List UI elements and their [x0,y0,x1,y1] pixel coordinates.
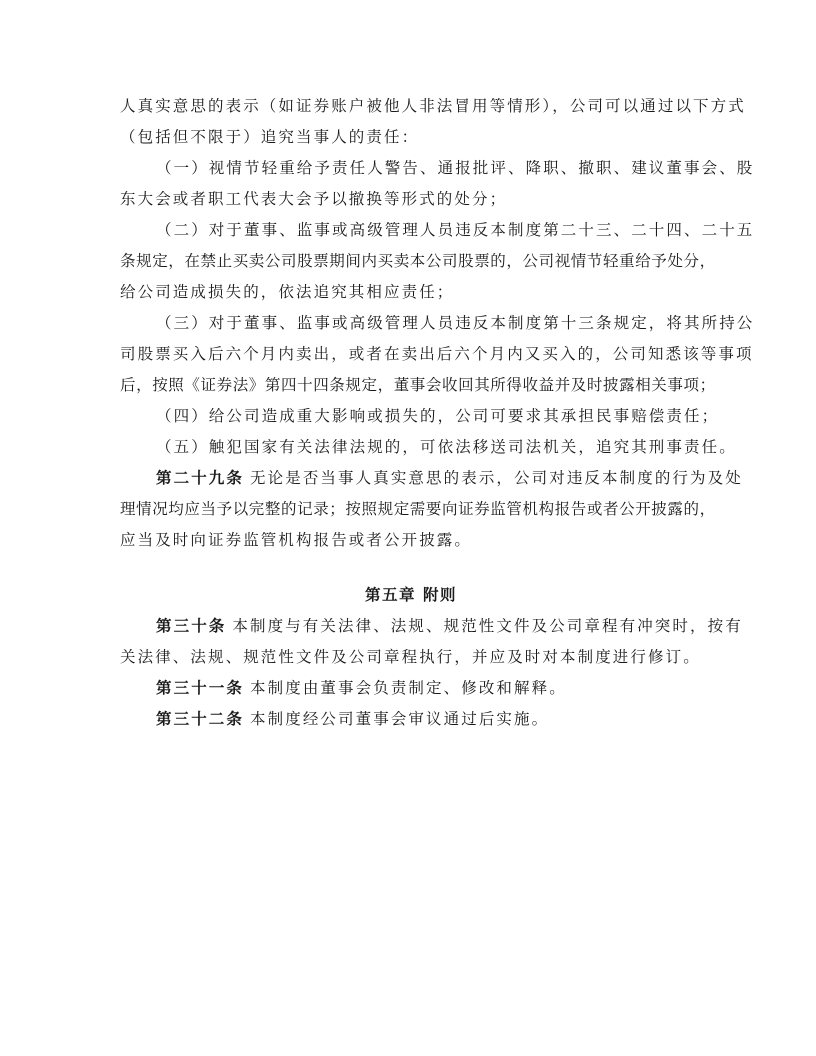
article-29: 第二十九条无论是否当事人真实意思的表示，公司对违反本制度的行为及处 [120,463,702,494]
clause-1-line: （一）视情节轻重给予责任人警告、通报批评、降职、撤职、建议董事会、股 [120,153,702,184]
clause-5-line: （五）触犯国家有关法律法规的，可依法移送司法机关，追究其刑事责任。 [120,432,702,463]
article-29-line: 理情况均应当予以完整的记录；按照规定需要向证券监管机构报告或者公开披露的， [120,494,702,525]
article-30: 第三十条本制度与有关法律、法规、规范性文件及公司章程有冲突时，按有 [120,611,702,642]
article-text: 无论是否当事人真实意思的表示，公司对违反本制度的行为及处 [250,469,743,487]
clause-2-line: 条规定，在禁止买卖公司股票期间内买卖本公司股票的，公司视情节轻重给予处分， [120,246,702,277]
chapter-heading: 第五章 附则 [120,580,702,611]
article-number: 第二十九条 [156,469,244,487]
article-number: 第三十一条 [156,679,244,697]
article-30-line: 关法律、法规、规范性文件及公司章程执行，并应及时对本制度进行修订。 [120,642,702,673]
document-page: 人真实意思的表示（如证券账户被他人非法冒用等情形），公司可以通过以下方式 （包括… [120,91,702,735]
clause-2-line: 给公司造成损失的，依法追究其相应责任； [120,277,702,308]
text-line: 人真实意思的表示（如证券账户被他人非法冒用等情形），公司可以通过以下方式 [120,91,702,122]
article-31: 第三十一条本制度由董事会负责制定、修改和解释。 [120,673,702,704]
article-32: 第三十二条本制度经公司董事会审议通过后实施。 [120,704,702,735]
spacer [120,556,702,580]
clause-3-line: 司股票买入后六个月内卖出，或者在卖出后六个月内又买入的，公司知悉该等事项 [120,339,702,370]
clause-2-line: （二）对于董事、监事或高级管理人员违反本制度第二十三、二十四、二十五 [120,215,702,246]
article-text: 本制度与有关法律、法规、规范性文件及公司章程有冲突时，按有 [232,617,742,635]
clause-1-line: 东大会或者职工代表大会予以撤换等形式的处分； [120,184,702,215]
article-text: 本制度由董事会负责制定、修改和解释。 [250,679,567,697]
text-line: （包括但不限于）追究当事人的责任： [120,122,702,153]
article-text: 本制度经公司董事会审议通过后实施。 [250,710,549,728]
clause-3-line: 后，按照《证券法》第四十四条规定，董事会收回其所得收益并及时披露相关事项； [120,370,702,401]
clause-3-line: （三）对于董事、监事或高级管理人员违反本制度第十三条规定，将其所持公 [120,308,702,339]
article-number: 第三十二条 [156,710,244,728]
clause-4-line: （四）给公司造成重大影响或损失的，公司可要求其承担民事赔偿责任； [120,401,702,432]
article-29-line: 应当及时向证券监管机构报告或者公开披露。 [120,525,702,556]
article-number: 第三十条 [156,617,226,635]
